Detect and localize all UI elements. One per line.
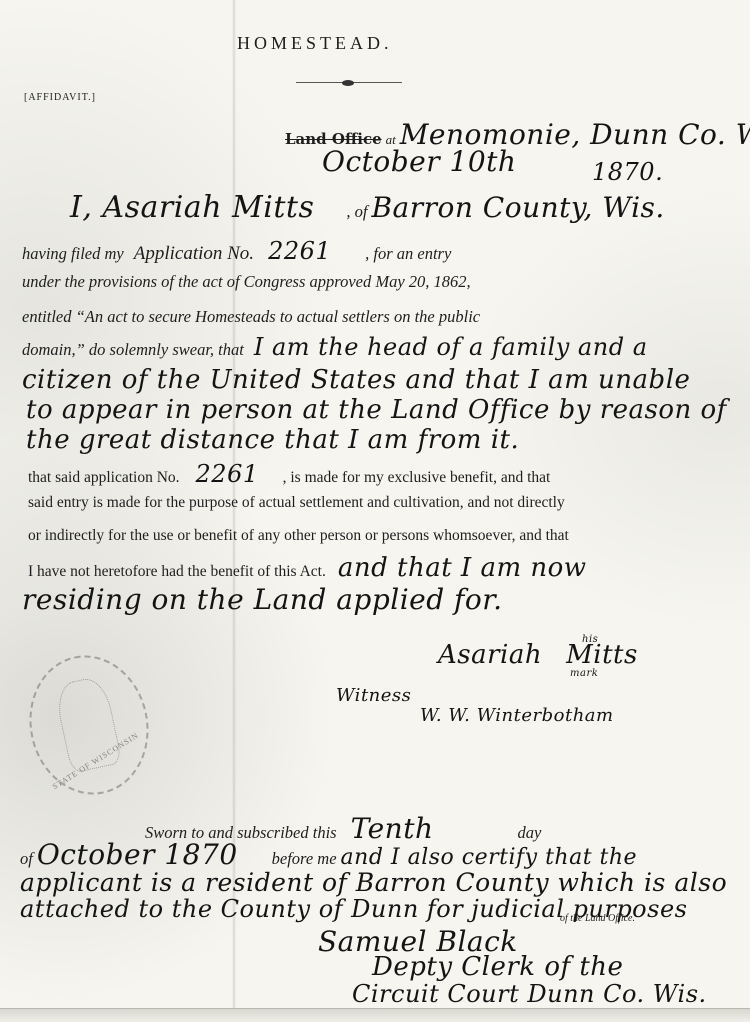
application-number: 2261 bbox=[196, 460, 259, 488]
witness-label: Witness bbox=[336, 685, 411, 706]
handwritten-text: I am the head of a family and a bbox=[254, 333, 648, 361]
act-line: under the provisions of the act of Congr… bbox=[22, 272, 471, 292]
handwritten-text: and that I am now bbox=[338, 553, 587, 583]
application-number: 2261 bbox=[268, 237, 331, 265]
text: before me bbox=[272, 849, 337, 868]
paper-bottom-edge bbox=[0, 1008, 750, 1022]
land-office-overlap: of the Land Office. bbox=[560, 913, 635, 924]
of-label: , of bbox=[346, 202, 367, 221]
handwritten-line: citizen of the United States and that I … bbox=[22, 365, 690, 395]
text: , is made for my exclusive benefit, and … bbox=[283, 469, 551, 486]
mark-above: his bbox=[582, 634, 598, 645]
document-title: HOMESTEAD. bbox=[237, 33, 393, 54]
affiant-line: I, Asariah Mitts , of Barron County, Wis… bbox=[70, 190, 665, 225]
state-seal: STATE OF WISCONSIN bbox=[17, 644, 162, 805]
affiant-name: I, Asariah Mitts bbox=[70, 190, 314, 225]
signature-first-name: Asariah bbox=[438, 640, 542, 670]
handwritten-line: to appear in person at the Land Office b… bbox=[26, 395, 727, 425]
jurat-line: of October 1870 before me and I also cer… bbox=[20, 838, 637, 871]
seal-figure bbox=[53, 675, 123, 774]
application-confirm-line: that said application No. 2261 , is made… bbox=[28, 460, 550, 488]
application-line: having filed my Application No. 2261 , f… bbox=[22, 237, 451, 265]
form-type-label: [AFFIDAVIT.] bbox=[24, 92, 96, 103]
handwritten-text: and I also certify that the bbox=[341, 845, 638, 870]
printed-hand-line: I have not heretofore had the benefit of… bbox=[28, 553, 587, 583]
handwritten-line: the great distance that I am from it. bbox=[26, 425, 519, 455]
text: , for an entry bbox=[365, 244, 451, 263]
handwritten-line: residing on the Land applied for. bbox=[22, 583, 502, 616]
text: that said application No. bbox=[28, 469, 180, 486]
act-title-line: entitled “An act to secure Homesteads to… bbox=[22, 307, 480, 327]
date-year: 1870. bbox=[592, 158, 663, 186]
ornament-divider bbox=[296, 80, 402, 86]
handwritten-line: applicant is a resident of Barron County… bbox=[20, 868, 727, 897]
clerk-title-line1: Depty Clerk of the bbox=[372, 952, 623, 982]
oath-line: domain,” do solemnly swear, that I am th… bbox=[22, 333, 648, 361]
application-label: Application No. bbox=[134, 243, 254, 264]
affiant-signature: Asariah Mitts bbox=[438, 640, 638, 670]
document-page: HOMESTEAD. [AFFIDAVIT.] Land Office at M… bbox=[0, 0, 750, 1022]
affiant-county: Barron County, Wis. bbox=[371, 191, 664, 224]
text: of bbox=[20, 849, 33, 868]
witness-name: W. W. Winterbotham bbox=[420, 705, 614, 726]
clerk-title-line2: Circuit Court Dunn Co. Wis. bbox=[352, 980, 707, 1008]
date-month-day: October 10th bbox=[322, 145, 516, 178]
printed-line: or indirectly for the use or benefit of … bbox=[28, 527, 569, 545]
text: having filed my bbox=[22, 244, 124, 263]
mark-below: mark bbox=[570, 668, 598, 679]
text: I have not heretofore had the benefit of… bbox=[28, 563, 326, 580]
signature-last-name: Mitts bbox=[566, 640, 638, 670]
text: domain,” do solemnly swear, that bbox=[22, 340, 244, 359]
printed-line: said entry is made for the purpose of ac… bbox=[28, 494, 565, 512]
jurat-month-year: October 1870 bbox=[37, 838, 238, 871]
